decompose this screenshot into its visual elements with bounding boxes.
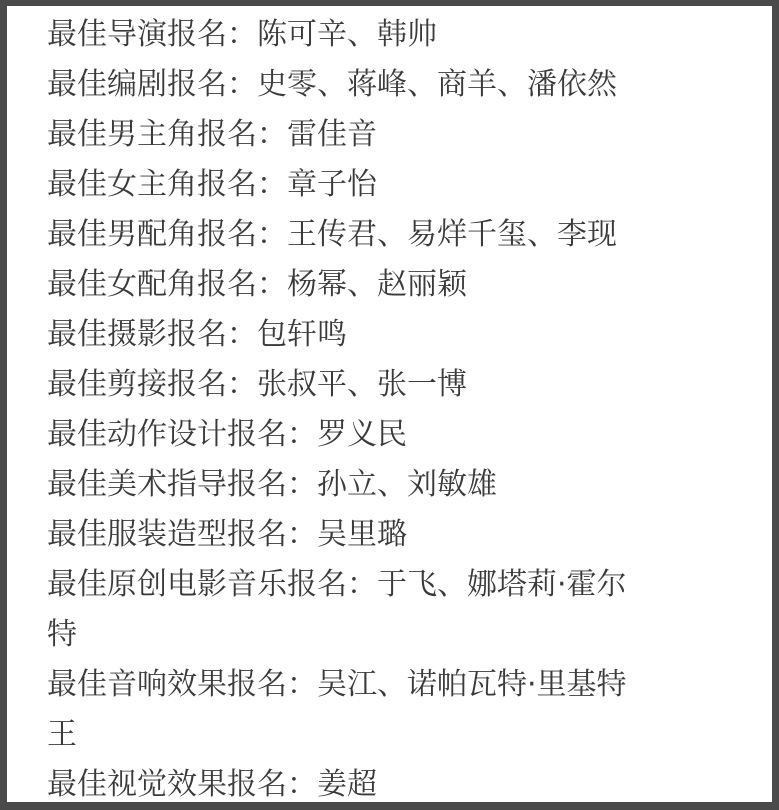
separator: ： xyxy=(227,317,257,352)
separator: ： xyxy=(257,117,287,152)
category-label: 最佳视觉效果报名 xyxy=(47,767,287,802)
nominee-names: 史零、蒋峰、商羊、潘依然 xyxy=(257,67,617,102)
separator: ： xyxy=(287,667,317,702)
list-item-best-art-direction: 最佳美术指导报名：孙立、刘敏雄 xyxy=(47,460,732,510)
list-item-best-visual-effects: 最佳视觉效果报名：姜超 xyxy=(47,760,732,810)
nominee-names: 吴里璐 xyxy=(317,517,407,552)
separator: ： xyxy=(257,267,287,302)
list-item-best-costume: 最佳服装造型报名：吴里璐 xyxy=(47,510,732,560)
nominee-names: 特 xyxy=(47,617,77,652)
nominee-names: 王传君、易烊千玺、李现 xyxy=(287,217,617,252)
nomination-list: 最佳导演报名：陈可辛、韩帅 最佳编剧报名：史零、蒋峰、商羊、潘依然 最佳男主角报… xyxy=(47,10,732,810)
list-item-best-cinematography: 最佳摄影报名：包轩鸣 xyxy=(47,310,732,360)
separator: ： xyxy=(257,217,287,252)
category-label: 最佳摄影报名 xyxy=(47,317,227,352)
list-item-best-sound-effects: 最佳音响效果报名：吴江、诺帕瓦特·里基特 xyxy=(47,660,732,710)
list-item-best-actress: 最佳女主角报名：章子怡 xyxy=(47,160,732,210)
list-item-best-director: 最佳导演报名：陈可辛、韩帅 xyxy=(47,10,732,60)
separator: ： xyxy=(227,67,257,102)
nominee-names: 陈可辛、韩帅 xyxy=(257,17,437,52)
list-item-best-editing: 最佳剪接报名：张叔平、张一博 xyxy=(47,360,732,410)
category-label: 最佳导演报名 xyxy=(47,17,227,52)
separator: ： xyxy=(227,367,257,402)
list-item-best-actor: 最佳男主角报名：雷佳音 xyxy=(47,110,732,160)
separator: ： xyxy=(227,17,257,52)
category-label: 最佳男主角报名 xyxy=(47,117,257,152)
nominee-names: 罗义民 xyxy=(317,417,407,452)
separator: ： xyxy=(257,167,287,202)
category-label: 最佳动作设计报名 xyxy=(47,417,287,452)
list-item-best-original-score-wrap: 特 xyxy=(47,610,732,660)
category-label: 最佳剪接报名 xyxy=(47,367,227,402)
category-label: 最佳音响效果报名 xyxy=(47,667,287,702)
separator: ： xyxy=(287,767,317,802)
separator: ： xyxy=(287,517,317,552)
list-item-best-screenplay: 最佳编剧报名：史零、蒋峰、商羊、潘依然 xyxy=(47,60,732,110)
category-label: 最佳女配角报名 xyxy=(47,267,257,302)
list-item-best-supporting-actor: 最佳男配角报名：王传君、易烊千玺、李现 xyxy=(47,210,732,260)
list-item-best-sound-effects-wrap: 王 xyxy=(47,710,732,760)
category-label: 最佳男配角报名 xyxy=(47,217,257,252)
nominee-names: 章子怡 xyxy=(287,167,377,202)
nominee-names: 杨幂、赵丽颖 xyxy=(287,267,467,302)
nominee-names: 孙立、刘敏雄 xyxy=(317,467,497,502)
nominee-names: 张叔平、张一博 xyxy=(257,367,467,402)
category-label: 最佳服装造型报名 xyxy=(47,517,287,552)
nominee-names: 姜超 xyxy=(317,767,377,802)
list-item-best-supporting-actress: 最佳女配角报名：杨幂、赵丽颖 xyxy=(47,260,732,310)
category-label: 最佳女主角报名 xyxy=(47,167,257,202)
nominee-names: 包轩鸣 xyxy=(257,317,347,352)
category-label: 最佳美术指导报名 xyxy=(47,467,287,502)
list-item-best-action-design: 最佳动作设计报名：罗义民 xyxy=(47,410,732,460)
separator: ： xyxy=(347,567,377,602)
nominee-names: 王 xyxy=(47,717,77,752)
list-item-best-original-score: 最佳原创电影音乐报名：于飞、娜塔莉·霍尔 xyxy=(47,560,732,610)
document-frame: 最佳导演报名：陈可辛、韩帅 最佳编剧报名：史零、蒋峰、商羊、潘依然 最佳男主角报… xyxy=(0,0,779,810)
separator: ： xyxy=(287,467,317,502)
nominee-names: 于飞、娜塔莉·霍尔 xyxy=(377,567,627,602)
separator: ： xyxy=(287,417,317,452)
nominee-names: 雷佳音 xyxy=(287,117,377,152)
nominee-names: 吴江、诺帕瓦特·里基特 xyxy=(317,667,627,702)
category-label: 最佳原创电影音乐报名 xyxy=(47,567,347,602)
category-label: 最佳编剧报名 xyxy=(47,67,227,102)
